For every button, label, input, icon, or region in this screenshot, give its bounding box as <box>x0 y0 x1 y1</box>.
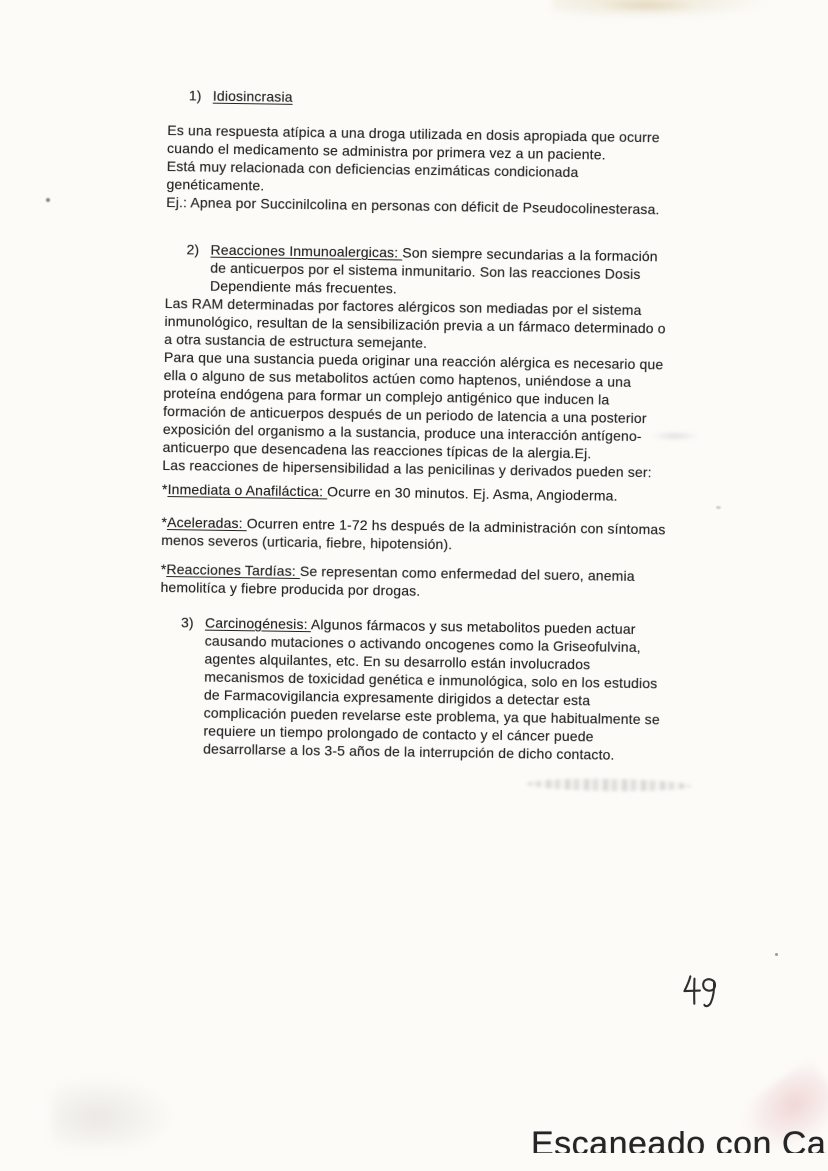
scan-artifact-speck <box>775 953 778 956</box>
reaction-item-inmediata: *Inmediata o Anafiláctica: Ocurre en 30 … <box>162 480 762 507</box>
paragraph-haptenos: Para que una sustancia pueda originar un… <box>163 348 765 465</box>
item-2-title: Reacciones Inmunoalergicas: <box>210 242 402 261</box>
item-1-content: Idiosincrasia <box>213 87 768 113</box>
item-2-marker: 2) <box>186 240 211 294</box>
camscanner-watermark: Escaneado con CamS <box>531 1131 828 1153</box>
paragraph-ram: Las RAM determinadas por factores alérgi… <box>164 294 765 357</box>
scan-artifact-ghost-text <box>527 778 691 792</box>
reaction-item-aceleradas: *Aceleradas: Ocurren entre 1-72 hs despu… <box>161 513 761 558</box>
item-3-marker: 3) <box>179 613 205 757</box>
reaction-inmediata-body: Ocurre en 30 minutos. Ej. Asma, Angioder… <box>327 483 618 503</box>
paragraph-idiosincrasia-body: Es una respuesta atípica a una droga uti… <box>166 121 767 220</box>
numbered-item-idiosincrasia: 1) Idiosincrasia <box>168 86 768 113</box>
scan-artifact-speck <box>46 198 50 202</box>
digit-4-stem <box>693 979 695 1004</box>
scan-artifact-top-stain <box>552 0 772 20</box>
reaction-tardias-label: Reacciones Tardías: <box>166 561 300 579</box>
handwritten-page-number: 49 <box>677 969 725 1019</box>
digit-9-tail <box>704 982 715 1007</box>
scan-artifact-pink-streak <box>728 1058 828 1171</box>
numbered-item-inmunoalergicas: 2) Reacciones Inmunoalergicas: Son siemp… <box>165 240 766 303</box>
item-1-marker: 1) <box>189 86 213 104</box>
numbered-item-carcinogenesis: 3) Carcinogénesis: Algunos fármacos y su… <box>158 613 760 766</box>
reaction-inmediata-label: Inmediata o Anafiláctica: <box>168 481 328 499</box>
item-3-body: Algunos fármacos y sus metabolitos puede… <box>203 616 660 763</box>
camscanner-watermark-text: Escaneado con CamS <box>531 1131 828 1153</box>
scan-artifact-bottom-smudge <box>52 1072 182 1147</box>
scanned-document-page: 1) Idiosincrasia Es una respuesta atípic… <box>0 0 828 1171</box>
item-3-content: Carcinogénesis: Algunos fármacos y sus m… <box>203 614 760 766</box>
reaction-aceleradas-label: Aceleradas: <box>167 514 247 531</box>
reaction-item-tardias: *Reacciones Tardías: Se representan como… <box>160 560 760 605</box>
item-1-title: Idiosincrasia <box>213 88 293 105</box>
document-text: 1) Idiosincrasia Es una respuesta atípic… <box>158 86 768 766</box>
digit-4-stroke <box>684 976 700 991</box>
item-3-title: Carcinogénesis: <box>205 615 311 633</box>
item-2-content: Reacciones Inmunoalergicas: Son siempre … <box>210 241 766 303</box>
scan-artifact-top-stain-2 <box>598 0 698 12</box>
